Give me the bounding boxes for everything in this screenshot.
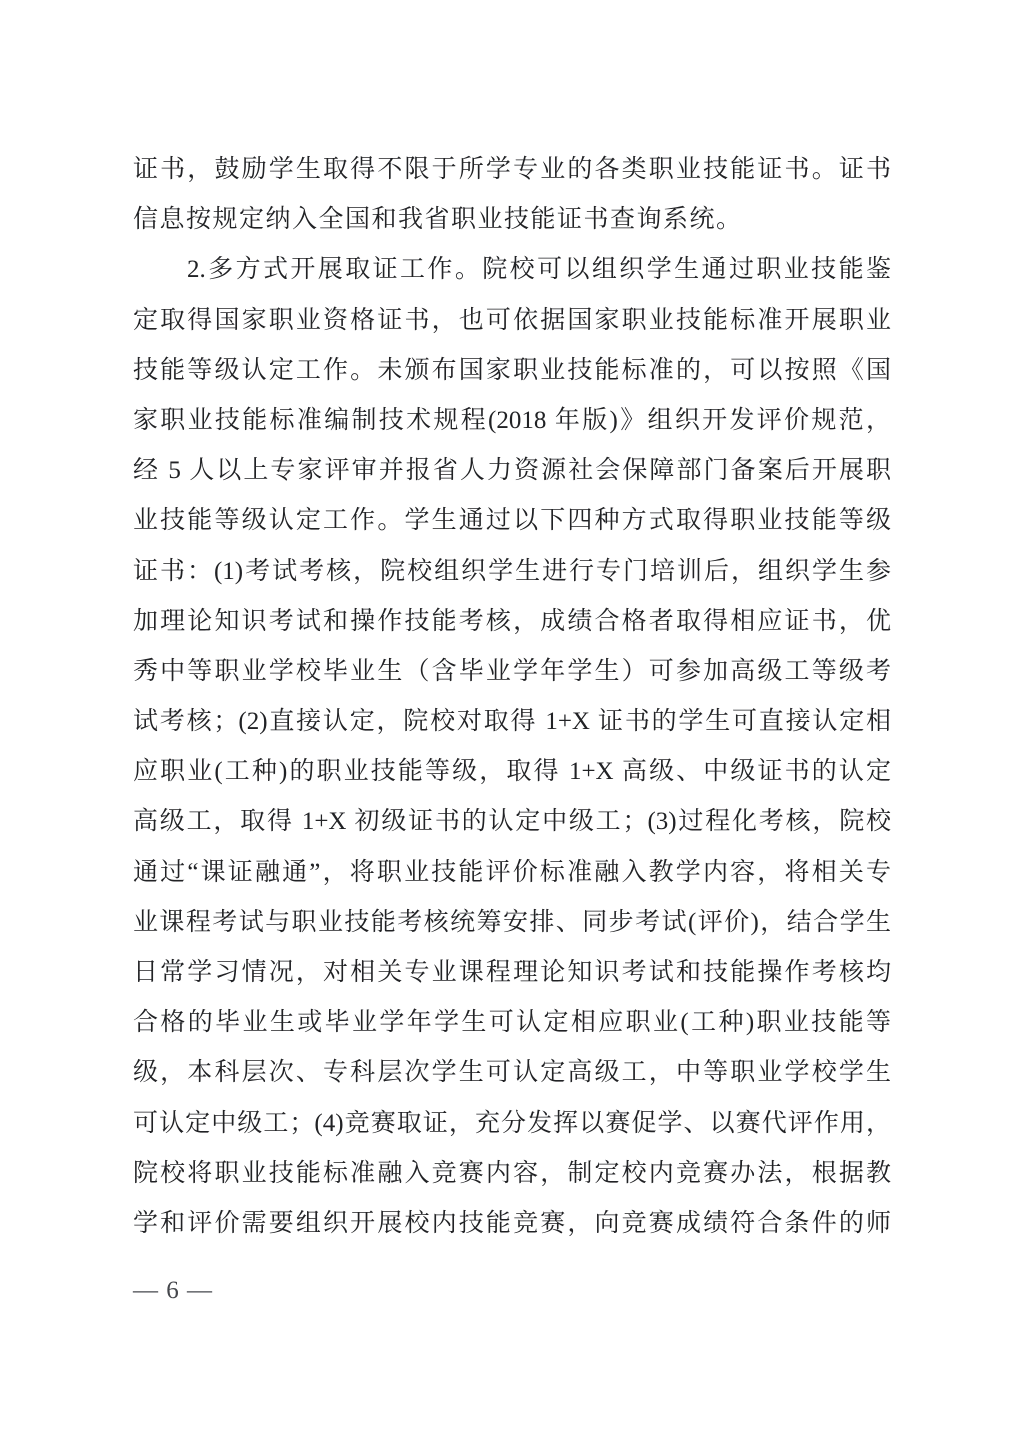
text-line: 通过“课证融通”，将职业技能评价标准融入教学内容，将相关专 <box>133 848 891 898</box>
text-line: 试考核；(2)直接认定，院校对取得 1+X 证书的学生可直接认定相 <box>133 697 891 747</box>
text-line: 证书：(1)考试考核，院校组织学生进行专门培训后，组织学生参 <box>133 547 891 597</box>
document-page: 证书，鼓励学生取得不限于所学专业的各类职业技能证书。证书 信息按规定纳入全国和我… <box>0 0 1024 1448</box>
text-line: 家职业技能标准编制技术规程(2018 年版)》组织开发评价规范， <box>133 396 891 446</box>
text-line: 秀中等职业学校毕业生（含毕业学年学生）可参加高级工等级考 <box>133 647 891 697</box>
text-line: 学和评价需要组织开展校内技能竞赛，向竞赛成绩符合条件的师 <box>133 1199 891 1249</box>
text-line: 信息按规定纳入全国和我省职业技能证书查询系统。 <box>133 195 891 245</box>
text-line-paragraph-start: 2.多方式开展取证工作。院校可以组织学生通过职业技能鉴 <box>133 245 891 295</box>
text-line: 证书，鼓励学生取得不限于所学专业的各类职业技能证书。证书 <box>133 145 891 195</box>
text-line: 定取得国家职业资格证书，也可依据国家职业技能标准开展职业 <box>133 296 891 346</box>
text-line: 经 5 人以上专家评审并报省人力资源社会保障部门备案后开展职 <box>133 446 891 496</box>
text-line: 院校将职业技能标准融入竞赛内容，制定校内竞赛办法，根据教 <box>133 1149 891 1199</box>
text-line: 合格的毕业生或毕业学年学生可认定相应职业(工种)职业技能等 <box>133 998 891 1048</box>
text-line: 业技能等级认定工作。学生通过以下四种方式取得职业技能等级 <box>133 496 891 546</box>
text-line: 加理论知识考试和操作技能考核，成绩合格者取得相应证书，优 <box>133 597 891 647</box>
text-line: 技能等级认定工作。未颁布国家职业技能标准的，可以按照《国 <box>133 346 891 396</box>
text-line: 业课程考试与职业技能考核统筹安排、同步考试(评价)，结合学生 <box>133 898 891 948</box>
text-line: 级，本科层次、专科层次学生可认定高级工，中等职业学校学生 <box>133 1048 891 1098</box>
text-line: 应职业(工种)的职业技能等级，取得 1+X 高级、中级证书的认定 <box>133 747 891 797</box>
document-body: 证书，鼓励学生取得不限于所学专业的各类职业技能证书。证书 信息按规定纳入全国和我… <box>133 145 891 1249</box>
text-line: 可认定中级工；(4)竞赛取证，充分发挥以赛促学、以赛代评作用， <box>133 1099 891 1149</box>
text-line: 高级工，取得 1+X 初级证书的认定中级工；(3)过程化考核，院校 <box>133 797 891 847</box>
page-number: — 6 — <box>133 1266 213 1316</box>
text-line: 日常学习情况，对相关专业课程理论知识考试和技能操作考核均 <box>133 948 891 998</box>
